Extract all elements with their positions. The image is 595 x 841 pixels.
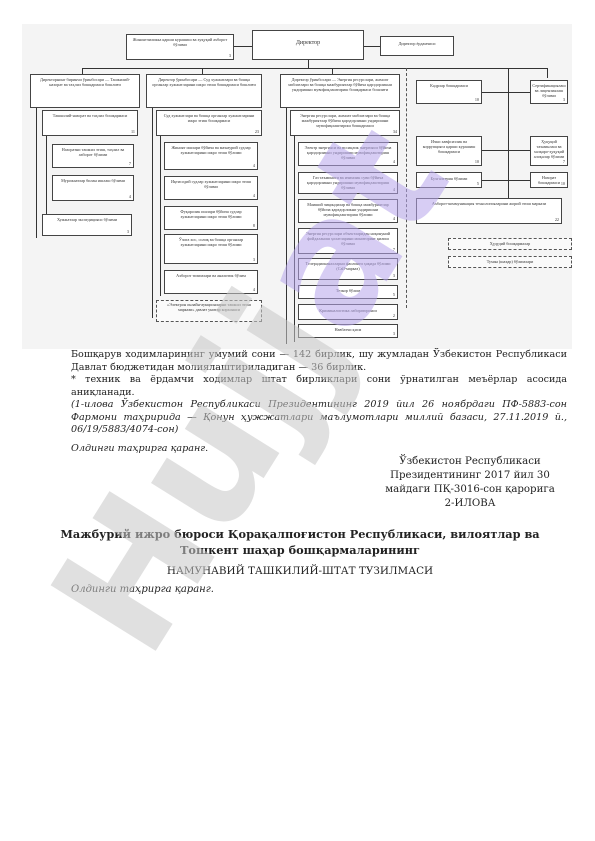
org-chart: Жиноятчиликка қарши курашиш ва хуқуқий а… (22, 24, 572, 349)
section-heading: Мажбурий ижро бюроси Қорақалпоғистон Рес… (30, 526, 570, 558)
chart-box-duty-unit: Навбатчи қисм 3 (298, 324, 398, 338)
chart-box-monitoring: Энергия ресурслари объектларидан ноқонун… (298, 228, 398, 254)
chart-box-gas-water: Газ таъминоти ва ичимлик суви бўйича қар… (298, 172, 398, 194)
chart-box-operative: Тезкор бўлим 5 (298, 285, 398, 299)
chart-box-crime-info: Жиноятчиликка қарши курашиш ва хуқуқий а… (126, 34, 234, 60)
see-previous-link-1[interactable]: Олдинги таҳрирга қаранг. (34, 443, 567, 456)
chart-box-economic-courts: Иқтисодий судлар хужжатларини ижро этиш … (164, 176, 258, 200)
chart-box-household-waste: Маиший чиқиндилар ва бошқа мажбуриятлар … (298, 199, 398, 223)
chart-box-district-units: Туман (шаҳар) бўлимлари (448, 256, 572, 268)
chart-box-courts-dept: Суд хужжатлари ва бошқа органлар хужжатл… (156, 110, 262, 136)
annex-note: Ўзбекистон Республикаси Президентининг 2… (370, 455, 570, 511)
see-previous-link-2[interactable]: Олдинги таҳрирга қаранг. (71, 584, 214, 595)
chart-box-legal: Ҳуқуқий таъминлаш ва халқаро-ҳуқуқий ало… (530, 136, 568, 166)
amendment-note: (1-илова Ўзбекистон Республикаси Президе… (34, 399, 567, 437)
chart-box-ict-center: Ахборот-коммуникация технологияларини жо… (416, 198, 562, 224)
chart-box-forensics: Криминалистика лабораторияси 2 (298, 304, 398, 320)
chart-box-control: Назорат бошқармаси 10 (530, 172, 568, 188)
chart-box-hr: Кадрлар бошқармаси 10 (416, 80, 482, 104)
chart-box-call-center: Телерадиоканалларни фаолияти ҳақида бўли… (298, 258, 398, 280)
chart-box-appeals: Мурожаатлар билан ишлаш бўлими 4 (52, 175, 134, 201)
chart-box-deputy-first: Директорнинг биринчи ўринбосари — Ташкил… (30, 74, 140, 108)
chart-box-electricity: Электр энергияси ва иссиқлик энергияси б… (298, 142, 398, 166)
chart-box-certification: Сертификациялаш ва лицензиялаш бўлими 3 (530, 80, 568, 104)
chart-box-control-analysis: Назоратни ташкил этиш, таҳлил ва ахборот… (52, 144, 134, 168)
footnote-paragraph: * техник ва ёрдамчи ходимлар штат бирлик… (34, 374, 567, 399)
section-subheading: НАМУНАВИЙ ТАШКИЛИЙ-ШТАТ ТУЗИЛМАСИ (30, 565, 570, 577)
chart-box-deputy-courts: Директор ўринбосари — Суд хужжатлари ва … (146, 74, 262, 108)
chart-box-expedition: Хужжатлар экспедицияси бўлими 3 (42, 214, 132, 236)
chart-box-deputy-energy: Директор ўринбосари — Энергия ресурслари… (280, 74, 400, 108)
chart-box-org-control: Ташкилий-назорат ва таҳлил бошқармаси 11 (42, 110, 138, 136)
chart-box-other-organs: Ўзига хос, солиқ ва бошқа органлар хужжа… (164, 234, 258, 264)
chart-box-info-systems: Ахборот тизимлари ва аналитик бўлим 4 (164, 270, 258, 294)
chart-box-criminal-courts: Жиноят ишлари бўйича ва маъмурий судлар … (164, 142, 258, 170)
staff-count-paragraph: Бошқарув ходимларининг умумий сони — 142… (34, 349, 567, 374)
chart-box-internal-security: Ички хавфсизлик ва коррупцияга қарши кур… (416, 136, 482, 166)
chart-box-civil-courts: Фуқаролик ишлари бўйича судлар хужжатлар… (164, 206, 258, 230)
chart-box-accounting: Бухгалтерия бўлими 5 (416, 172, 482, 188)
body-text: Бошқарув ходимларининг умумий сони — 142… (34, 349, 567, 455)
chart-box-regional-admins: Ҳудудий бошқармалар (448, 238, 572, 250)
chart-box-director-assistant: Директор ёрдамчиси (380, 36, 454, 56)
chart-box-auction-center: «Электрон онлайн-аукционларни ташкил эти… (156, 300, 262, 322)
chart-box-energy-dept: Энергия ресурслари, жамоат маблағлари ва… (290, 110, 400, 136)
chart-box-director: Директор (252, 30, 364, 60)
